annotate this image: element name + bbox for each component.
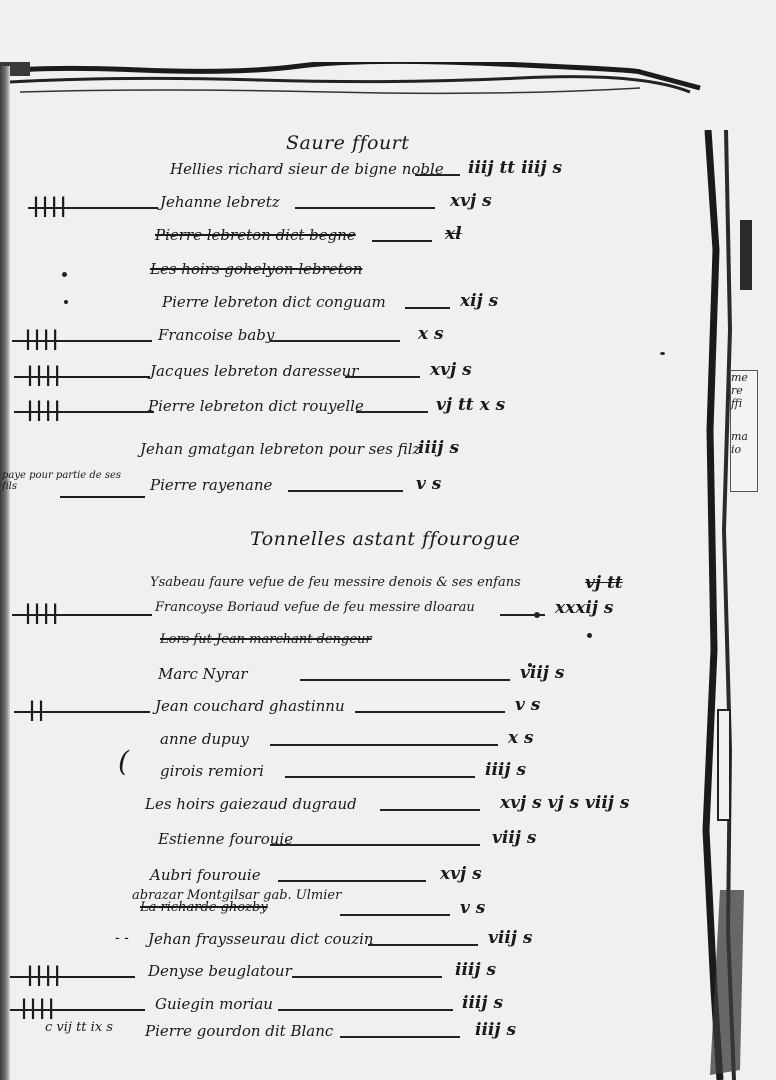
leader-line bbox=[355, 711, 505, 713]
leader-line bbox=[285, 776, 475, 778]
entry-name: Pierre gourdon dit Blanc bbox=[145, 1022, 333, 1040]
margin-line bbox=[10, 976, 135, 978]
leader-line bbox=[270, 844, 480, 846]
entry-name: Denyse beuglatour bbox=[148, 962, 292, 980]
tally-marks: |||| bbox=[24, 397, 60, 421]
entry-name: La richarde ghozby bbox=[140, 900, 268, 915]
entry-amount: iiij s bbox=[485, 760, 526, 780]
leader-line bbox=[340, 914, 450, 916]
margin-tab-line: ffi bbox=[731, 397, 757, 410]
entry-name: Jean couchard ghastinnu bbox=[155, 697, 345, 715]
roll-entry: |||| Jacques lebreton daresseur xvj s bbox=[0, 362, 700, 388]
tally-marks: |||| bbox=[30, 193, 66, 217]
entry-name: girois remiori bbox=[160, 762, 264, 780]
entry-amount: xvj s bbox=[450, 191, 492, 211]
tally-marks: |||| bbox=[22, 600, 58, 624]
entry-name: Marc Nyrar bbox=[158, 665, 248, 683]
entry-name: Guiegin moriau bbox=[155, 995, 273, 1013]
margin-tab-line: me bbox=[731, 371, 757, 384]
leader-line bbox=[288, 490, 403, 492]
margin-note: paye pour partie de ses fils bbox=[2, 470, 132, 492]
entry-name: Jehan gmatgan lebreton pour ses filz bbox=[140, 440, 420, 458]
entry-name: Pierre lebreton dict begne bbox=[155, 226, 356, 244]
entry-name: Pierre lebreton dict conguam bbox=[162, 293, 386, 311]
entry-amount: iiij s bbox=[475, 1020, 516, 1040]
margin-line bbox=[14, 411, 154, 413]
roll-entry: Hellies richard sieur de bigne noble iii… bbox=[0, 160, 700, 186]
entry-name: Hellies richard sieur de bigne noble bbox=[170, 160, 444, 178]
leader-line bbox=[405, 307, 450, 309]
tally-marks: || bbox=[26, 697, 44, 721]
leader-line bbox=[372, 240, 432, 242]
margin-note: c vij tt ix s bbox=[45, 1022, 113, 1033]
entry-name: anne dupuy bbox=[160, 730, 249, 748]
lead-mark: - - bbox=[115, 930, 129, 946]
roll-entry: Les hoirs gohelyon lebreton bbox=[0, 260, 700, 286]
leader-line bbox=[340, 1036, 460, 1038]
roll-entry: anne dupuy x s bbox=[0, 730, 700, 756]
leader-line bbox=[415, 174, 460, 176]
leader-line bbox=[295, 207, 435, 209]
margin-line bbox=[60, 496, 145, 498]
entry-amount: viij s bbox=[488, 928, 532, 948]
leader-line bbox=[345, 376, 420, 378]
roll-entry: Les hoirs gaiezaud dugraud xvj s vj s vi… bbox=[0, 795, 700, 821]
roll-entry: Lors fut Jean marchant dengeur bbox=[0, 632, 700, 658]
entry-amount: xxxij s bbox=[555, 598, 614, 618]
entry-amount: xij s bbox=[460, 291, 498, 311]
entry-amount: iiij s bbox=[418, 438, 459, 458]
leader-line bbox=[368, 944, 478, 946]
entry-name: Lors fut Jean marchant dengeur bbox=[160, 632, 372, 647]
leader-line bbox=[270, 340, 400, 342]
entry-amount: xvj s bbox=[430, 360, 472, 380]
entry-amount: v s bbox=[460, 898, 485, 918]
margin-line bbox=[12, 340, 152, 342]
entry-name: Francoise baby bbox=[158, 326, 274, 344]
roll-entry: ( girois remiori iiij s bbox=[0, 762, 700, 788]
entry-amount: x s bbox=[508, 728, 534, 748]
roll-entry: Pierre lebreton dict begne xl bbox=[0, 226, 700, 252]
tally-marks: |||| bbox=[18, 995, 54, 1019]
manuscript-scan: me re ffi ma io Saure ffourt Hellies ric… bbox=[0, 0, 776, 1080]
entry-amount: viij s bbox=[492, 828, 536, 848]
leader-line bbox=[356, 411, 428, 413]
bracket-mark: ( bbox=[118, 756, 129, 767]
tally-marks: |||| bbox=[24, 362, 60, 386]
leader-line bbox=[300, 679, 510, 681]
roll-entry: Marc Nyrar viij s bbox=[0, 665, 700, 691]
section-heading-2: Tonnelles astant ffourogue bbox=[250, 528, 520, 550]
section-heading-1: Saure ffourt bbox=[286, 132, 409, 154]
roll-entry: c vij tt ix s Pierre gourdon dit Blanc i… bbox=[0, 1022, 700, 1048]
roll-entry: Jehan gmatgan lebreton pour ses filz iii… bbox=[0, 440, 700, 466]
roll-entry: Pierre lebreton dict conguam xij s bbox=[0, 293, 700, 319]
entry-amount: iiij s bbox=[462, 993, 503, 1013]
roll-entry: paye pour partie de ses fils Pierre raye… bbox=[0, 476, 700, 502]
leader-line bbox=[292, 976, 442, 978]
entry-name: Francoyse Boriaud vefue de feu messire d… bbox=[155, 600, 475, 615]
entry-amount: iiij tt iiij s bbox=[468, 158, 562, 178]
roll-entry: || Jean couchard ghastinnu v s bbox=[0, 697, 700, 723]
tally-marks: |||| bbox=[22, 326, 58, 350]
entry-amount: vj tt bbox=[585, 573, 623, 593]
entry-name: Jehan fraysseurau dict couzin bbox=[148, 930, 374, 948]
margin-line bbox=[10, 1009, 145, 1011]
roll-entry: - - Jehan fraysseurau dict couzin viij s bbox=[0, 930, 700, 956]
margin-line bbox=[14, 376, 150, 378]
margin-line bbox=[14, 711, 150, 713]
binding-edge bbox=[700, 130, 760, 1080]
roll-entry: |||| Jehanne lebretz xvj s bbox=[0, 193, 700, 219]
entry-amount: xvj s bbox=[440, 864, 482, 884]
leader-line bbox=[500, 614, 545, 616]
entry-amount: v s bbox=[416, 474, 441, 494]
margin-tab: me re ffi ma io bbox=[730, 370, 758, 492]
entry-amount: xl bbox=[445, 224, 462, 244]
entry-name: Pierre rayenane bbox=[150, 476, 272, 494]
roll-entry: |||| Guiegin moriau iiij s bbox=[0, 995, 700, 1021]
roll-entry: La richarde ghozby v s bbox=[0, 900, 700, 926]
leader-line bbox=[278, 880, 426, 882]
entry-amount: iiij s bbox=[455, 960, 496, 980]
speck bbox=[660, 352, 665, 355]
roll-entry: Estienne fourouie viij s bbox=[0, 830, 700, 856]
entry-name: Les hoirs gaiezaud dugraud bbox=[145, 795, 357, 813]
entry-name: Ysabeau faure vefue de feu messire denoi… bbox=[150, 575, 521, 590]
roll-entry: |||| Denyse beuglatour iiij s bbox=[0, 962, 700, 988]
tally-marks: |||| bbox=[24, 962, 60, 986]
leader-line bbox=[380, 809, 480, 811]
margin-tab-line: ma io bbox=[731, 430, 757, 456]
torn-top-edge bbox=[0, 62, 720, 96]
margin-line bbox=[28, 207, 158, 209]
entry-amount: v s bbox=[515, 695, 540, 715]
margin-tab-line: re bbox=[731, 384, 757, 397]
entry-amount: x s bbox=[418, 324, 444, 344]
roll-entry: |||| Francoise baby x s bbox=[0, 326, 700, 352]
margin-line bbox=[12, 614, 152, 616]
entry-amount: vj tt x s bbox=[436, 395, 505, 415]
entry-name: Jacques lebreton daresseur bbox=[150, 362, 358, 380]
leader-line bbox=[270, 744, 498, 746]
entry-amount: viij s bbox=[520, 663, 564, 683]
leader-line bbox=[278, 1009, 453, 1011]
roll-entry: |||| Francoyse Boriaud vefue de feu mess… bbox=[0, 600, 700, 626]
roll-entry: |||| Pierre lebreton dict rouyelle vj tt… bbox=[0, 397, 700, 423]
entry-name: Pierre lebreton dict rouyelle bbox=[148, 397, 364, 415]
entry-name: Aubri fourouie bbox=[150, 866, 261, 884]
entry-name: Jehanne lebretz bbox=[160, 193, 280, 211]
entry-amount: xvj s vj s viij s bbox=[500, 793, 629, 813]
entry-name: Les hoirs gohelyon lebreton bbox=[150, 260, 362, 278]
